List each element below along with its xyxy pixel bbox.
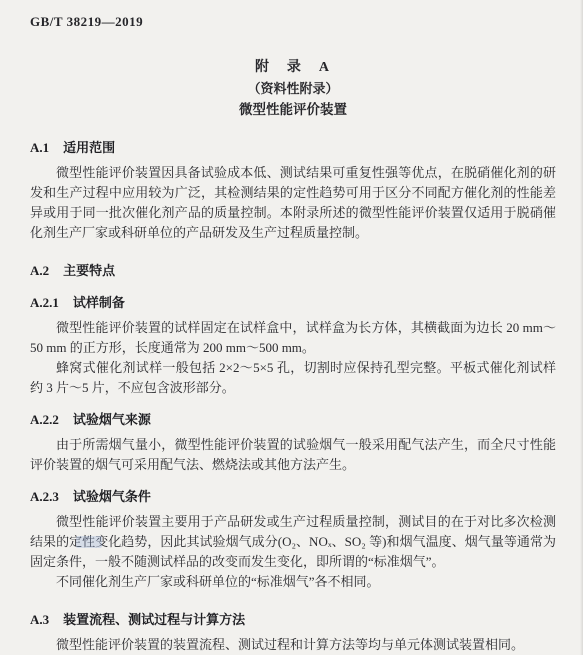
section-number: A.2: [30, 263, 49, 278]
standard-number: GB/T 38219—2019: [30, 12, 556, 32]
section-number: A.3: [30, 612, 49, 627]
appendix-title-block: 附 录 A （资料性附录） 微型性能评价装置: [30, 57, 556, 120]
paragraph: 微型性能评价装置的装置流程、测试过程和计算方法等均与单元体测试装置相同。: [30, 635, 556, 655]
section-title: 主要特点: [63, 263, 115, 278]
paragraph: 由于所需烟气量小，微型性能评价装置的试验烟气一般采用配气法产生，而全尺寸性能评价…: [30, 435, 556, 475]
section-heading-a23: A.2.3试验烟气条件: [30, 487, 556, 507]
section-title: 适用范围: [63, 140, 115, 155]
section-heading-a2: A.2主要特点: [30, 261, 556, 281]
paragraph: 蜂窝式催化剂试样一般包括 2×2～5×5 孔，切割时应保持孔型完整。平板式催化剂…: [30, 358, 556, 398]
section-title: 试验烟气条件: [73, 489, 151, 504]
section-heading-a22: A.2.2试验烟气来源: [30, 410, 556, 430]
document-page: GB/T 38219—2019 附 录 A （资料性附录） 微型性能评价装置 A…: [0, 0, 583, 655]
section-number: A.2.1: [30, 295, 59, 310]
appendix-type-label: （资料性附录）: [30, 78, 556, 99]
section-number: A.1: [30, 140, 49, 155]
section-number: A.2.2: [30, 412, 59, 427]
section-heading-a3: A.3装置流程、测试过程与计算方法: [30, 610, 556, 630]
paragraph: 微型性能评价装置的试样固定在试样盒中，试样盒为长方体，其横截面为边长 20 mm…: [30, 318, 556, 358]
section-heading-a1: A.1适用范围: [30, 138, 556, 158]
section-title: 试验烟气来源: [73, 412, 151, 427]
section-heading-a21: A.2.1试样制备: [30, 293, 556, 313]
appendix-name: 微型性能评价装置: [30, 99, 556, 120]
section-number: A.2.3: [30, 489, 59, 504]
appendix-label: 附 录 A: [30, 57, 556, 78]
paragraph: 微型性能评价装置因具备试验成本低、测试结果可重复性强等优点，在脱硝催化剂的研发和…: [30, 163, 556, 243]
section-title: 装置流程、测试过程与计算方法: [63, 612, 245, 627]
paragraph: 微型性能评价装置主要用于产品研发或生产过程质量控制，测试目的在于对比多次检测结果…: [30, 512, 556, 572]
section-title: 试样制备: [73, 295, 125, 310]
paragraph: 不同催化剂生产厂家或科研单位的“标准烟气”各不相同。: [30, 572, 556, 592]
